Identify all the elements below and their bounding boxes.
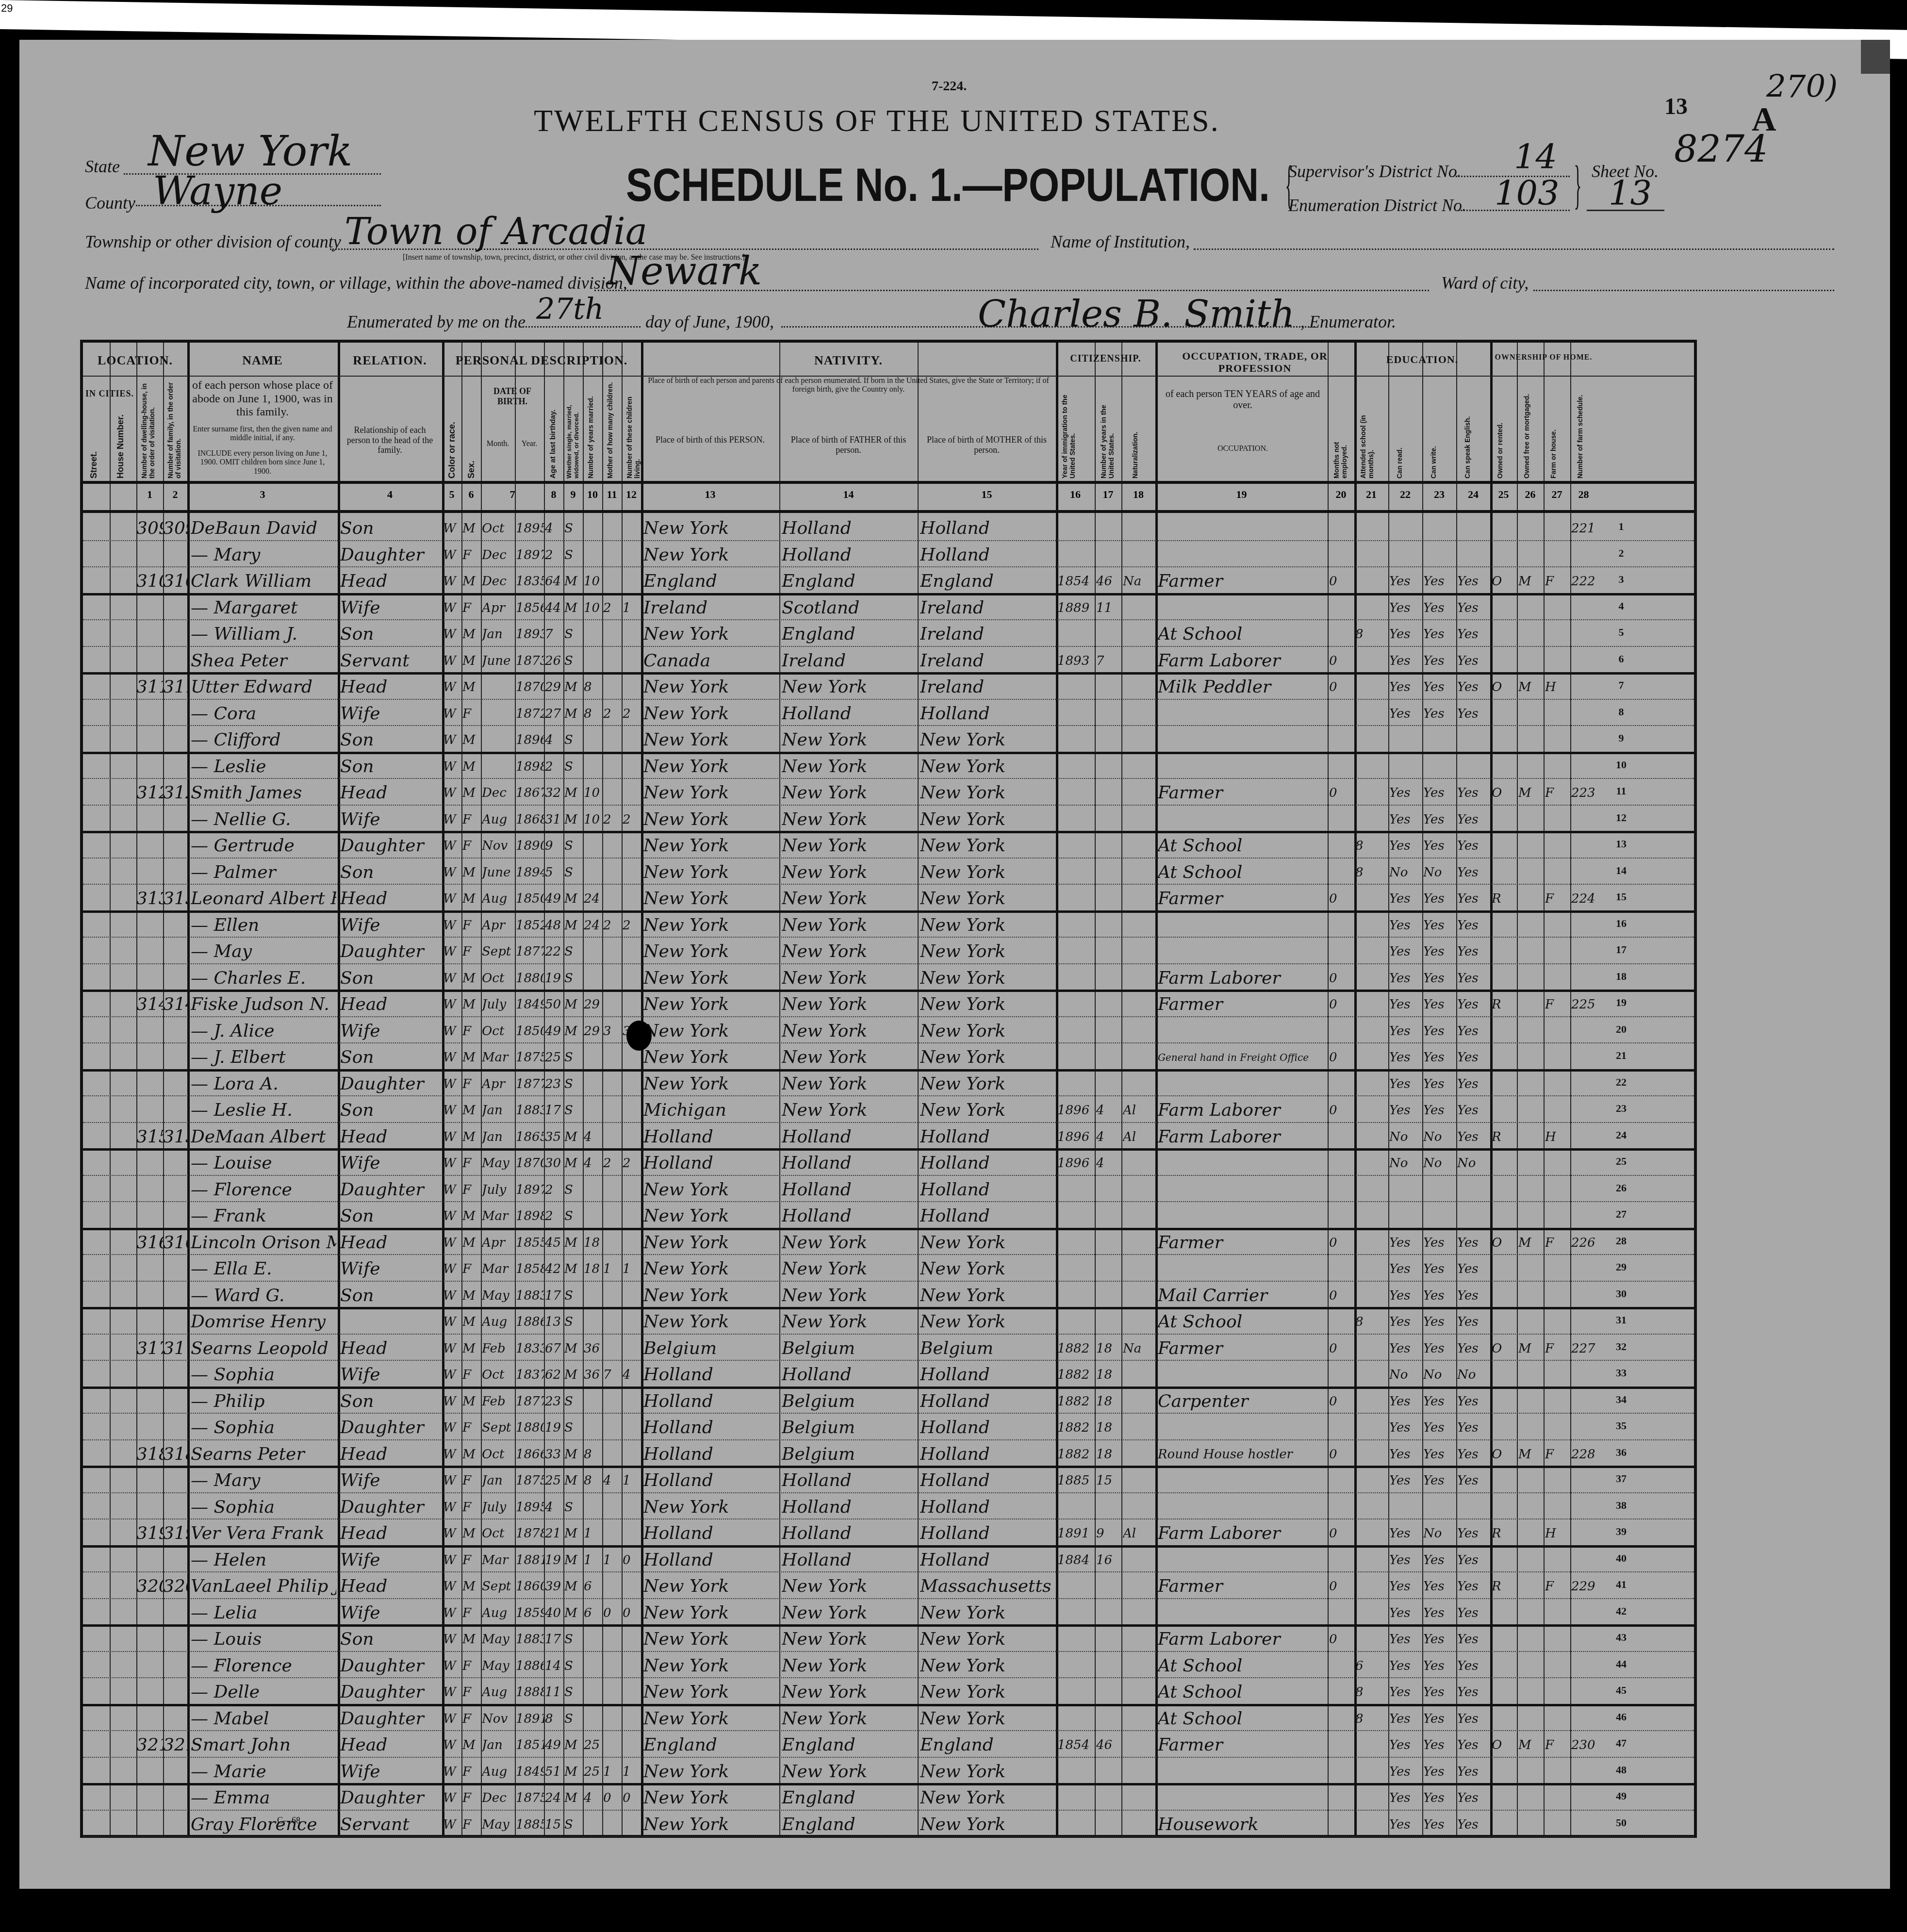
years-married: [584, 515, 602, 540]
children-living: [623, 1309, 641, 1333]
farm-schedule: [1571, 965, 1596, 990]
relation: Head: [340, 1732, 441, 1756]
can-write: Yes: [1423, 1706, 1455, 1730]
column-number: 21: [1354, 488, 1388, 501]
immigration-year: [1057, 833, 1094, 857]
naturalization: [1123, 1679, 1154, 1703]
birthplace-father: New York: [782, 1573, 917, 1598]
person-name: VanLaeel Philip Jr.: [191, 1573, 336, 1598]
age: 33: [545, 1441, 563, 1466]
farm-schedule: [1571, 727, 1596, 751]
occupation: Farmer: [1158, 886, 1327, 910]
immigration-year: [1057, 515, 1094, 540]
years-in-us: [1096, 1600, 1120, 1624]
table-row: — MaryWifeWFJan187525M841HollandHollandH…: [83, 1466, 1694, 1493]
years-married: [584, 1203, 602, 1227]
birthplace-mother: New York: [920, 1018, 1055, 1042]
naturalization: Al: [1123, 1097, 1154, 1122]
attended-school: [1355, 1362, 1387, 1386]
can-write: No: [1423, 1362, 1455, 1386]
table-row: 316316Lincoln Orison M.HeadWMApr185545M1…: [83, 1228, 1694, 1255]
census-sheet: 7-224. TWELFTH CENSUS OF THE UNITED STAT…: [19, 40, 1890, 1889]
sex: F: [462, 1494, 481, 1519]
city-label: Name of incorporated city, town, or vill…: [85, 273, 627, 293]
naturalization: [1123, 1573, 1154, 1598]
can-write: [1423, 1203, 1455, 1227]
color: W: [443, 1415, 461, 1439]
district-brace-right: }: [1574, 154, 1581, 215]
can-write: Yes: [1423, 1097, 1455, 1122]
mother-of-children: [603, 939, 622, 963]
age: 40: [545, 1600, 563, 1624]
can-speak-english: Yes: [1457, 621, 1489, 645]
color: W: [443, 1520, 461, 1545]
relation: Son: [340, 965, 441, 990]
can-speak-english: Yes: [1457, 568, 1489, 593]
dwelling-number: [136, 1071, 163, 1095]
dwelling-number: 314: [136, 991, 163, 1016]
immigration-year: 1882: [1057, 1415, 1094, 1439]
color: W: [443, 1256, 461, 1280]
relation: Wife: [340, 1256, 441, 1280]
years-married: 29: [584, 991, 602, 1016]
person-name: Shea Peter: [191, 648, 336, 672]
marital-status: M: [564, 1547, 583, 1571]
birth-year: 1867: [516, 780, 544, 804]
birth-month: Oct: [482, 1520, 515, 1545]
months-unemployed: [1329, 1706, 1353, 1730]
birthplace-father: Ireland: [782, 648, 917, 672]
color: W: [443, 674, 461, 698]
column-number: 28: [1570, 488, 1597, 501]
color: W: [443, 939, 461, 963]
color: W: [443, 886, 461, 910]
naturalization: [1123, 1626, 1154, 1651]
person-name: — Ward G.: [191, 1283, 336, 1307]
column-number: 13: [641, 488, 779, 501]
farm-house: [1545, 1018, 1569, 1042]
column-number: 12: [622, 488, 641, 501]
birthplace-father: New York: [782, 939, 917, 963]
immigration-year: [1057, 701, 1094, 725]
occupation: At School: [1158, 1653, 1327, 1677]
can-speak-english: Yes: [1457, 1336, 1489, 1360]
attended-school: [1355, 1759, 1387, 1783]
immigration-year: [1057, 1203, 1094, 1227]
dwelling-number: [136, 1388, 163, 1413]
table-row: — Leslie H.SonWMJan188317SMichiganNew Yo…: [83, 1095, 1694, 1123]
immigration-year: 1885: [1057, 1468, 1094, 1492]
months-unemployed: [1329, 515, 1353, 540]
relation: Son: [340, 1097, 441, 1122]
age: 11: [545, 1679, 563, 1703]
family-number: [163, 1626, 187, 1651]
years-married: [584, 1626, 602, 1651]
line-number: 31: [1611, 1314, 1631, 1326]
can-speak-english: Yes: [1457, 595, 1489, 619]
birth-month: Nov: [482, 1706, 515, 1730]
immigration-year: 1854: [1057, 1732, 1094, 1756]
naturalization: [1123, 754, 1154, 778]
farm-house: [1545, 1785, 1569, 1809]
marital-status: M: [564, 1018, 583, 1042]
line-number: 19: [1611, 996, 1631, 1009]
attended-school: [1355, 912, 1387, 937]
marital-status: S: [564, 621, 583, 645]
owned-rented: [1492, 595, 1516, 619]
occupation: [1158, 1759, 1327, 1783]
color: W: [443, 1600, 461, 1624]
dwelling-number: 315: [136, 1124, 163, 1148]
table-row: 310310Clark WilliamHeadWMDec183564M10Eng…: [83, 566, 1694, 595]
farm-house: [1545, 1679, 1569, 1703]
years-married: 4: [584, 1785, 602, 1809]
age: 22: [545, 939, 563, 963]
header-house-number: House Number.: [115, 401, 126, 479]
line-number: 42: [1611, 1605, 1631, 1618]
years-married: 1: [584, 1520, 602, 1545]
header-sex: Sex.: [466, 401, 477, 479]
farm-schedule: 223: [1571, 780, 1596, 804]
years-married: 10: [584, 780, 602, 804]
years-married: [584, 1494, 602, 1519]
immigration-year: [1057, 965, 1094, 990]
farm-schedule: 227: [1571, 1336, 1596, 1360]
enumeration-district-value: 103: [1495, 173, 1560, 213]
birth-year: 1898: [516, 1203, 544, 1227]
can-speak-english: [1457, 515, 1489, 540]
can-write: Yes: [1423, 1679, 1455, 1703]
dwelling-number: 311: [136, 674, 163, 698]
immigration-year: 1882: [1057, 1336, 1094, 1360]
birth-year: 1886: [516, 1309, 544, 1333]
owned-free: [1518, 621, 1543, 645]
naturalization: [1123, 1415, 1154, 1439]
can-read: Yes: [1389, 621, 1421, 645]
months-unemployed: [1329, 1679, 1353, 1703]
years-married: [584, 1679, 602, 1703]
mother-of-children: 2: [603, 701, 622, 725]
farm-house: F: [1545, 780, 1569, 804]
years-in-us: [1096, 939, 1120, 963]
marital-status: M: [564, 1520, 583, 1545]
mother-of-children: [603, 1044, 622, 1069]
occupation: Farmer: [1158, 780, 1327, 804]
owned-free: [1518, 1468, 1543, 1492]
can-read: Yes: [1389, 674, 1421, 698]
color: W: [443, 1230, 461, 1254]
years-married: 10: [584, 568, 602, 593]
color: W: [443, 1468, 461, 1492]
birthplace-father: New York: [782, 1097, 917, 1122]
line-number: 22: [1611, 1076, 1631, 1089]
state-label: State: [85, 156, 120, 177]
age: 32: [545, 780, 563, 804]
owned-rented: R: [1492, 1124, 1516, 1148]
color: W: [443, 1785, 461, 1809]
farm-house: [1545, 1468, 1569, 1492]
marital-status: M: [564, 1150, 583, 1174]
can-read: Yes: [1389, 912, 1421, 937]
person-name: — J. Elbert: [191, 1044, 336, 1069]
sex: F: [462, 1018, 481, 1042]
header-naturalization: Naturalization.: [1131, 386, 1139, 479]
table-row: — LeliaWifeWFAug185940M600New YorkNew Yo…: [83, 1598, 1694, 1627]
birthplace-mother: Holland: [920, 1520, 1055, 1545]
immigration-year: 1896: [1057, 1124, 1094, 1148]
line-number: 33: [1611, 1367, 1631, 1379]
line-number: 9: [1611, 732, 1631, 744]
attended-school: 8: [1355, 859, 1387, 884]
months-unemployed: 0: [1329, 1230, 1353, 1254]
sex: F: [462, 542, 481, 566]
owned-free: [1518, 727, 1543, 751]
mother-of-children: 2: [603, 912, 622, 937]
years-married: [584, 621, 602, 645]
farm-house: [1545, 1097, 1569, 1122]
person-name: — Louise: [191, 1150, 336, 1174]
table-row: 321321Smart JohnHeadWMJan185149M25Englan…: [83, 1730, 1694, 1758]
person-name: Leonard Albert H.: [191, 886, 336, 910]
farm-house: [1545, 648, 1569, 672]
family-number: 318: [163, 1441, 187, 1466]
dwelling-number: [136, 1626, 163, 1651]
birthplace-father: Belgium: [782, 1336, 917, 1360]
years-married: [584, 727, 602, 751]
years-in-us: 7: [1096, 648, 1120, 672]
header-birth-person: Place of birth of this PERSON.: [643, 435, 777, 445]
person-name: DeMaan Albert: [191, 1124, 336, 1148]
farm-schedule: [1571, 1785, 1596, 1809]
months-unemployed: 0: [1329, 1388, 1353, 1413]
family-number: [163, 727, 187, 751]
owned-rented: [1492, 1626, 1516, 1651]
dwelling-number: [136, 1415, 163, 1439]
occupation: [1158, 1547, 1327, 1571]
naturalization: [1123, 595, 1154, 619]
birth-year: 1893: [516, 621, 544, 645]
name-note-1: Enter surname first, then the given name…: [192, 425, 333, 443]
age: 21: [545, 1520, 563, 1545]
children-living: [623, 1177, 641, 1201]
children-living: [623, 1441, 641, 1466]
marital-status: S: [564, 1415, 583, 1439]
family-number: [163, 807, 187, 831]
birth-month: Aug: [482, 1759, 515, 1783]
birthplace-father: New York: [782, 833, 917, 857]
naturalization: [1123, 833, 1154, 857]
occupation: Farmer: [1158, 1230, 1327, 1254]
birthplace-father: Holland: [782, 1150, 917, 1174]
name-description: of each person whose place of abode on J…: [192, 379, 333, 419]
immigration-year: [1057, 1759, 1094, 1783]
years-in-us: [1096, 886, 1120, 910]
birth-month: May: [482, 1626, 515, 1651]
months-unemployed: [1329, 1732, 1353, 1756]
birth-year: 1860: [516, 1573, 544, 1598]
owned-free: [1518, 1309, 1543, 1333]
years-in-us: [1096, 1044, 1120, 1069]
table-row: — J. AliceWifeWFOct185049M2933New YorkNe…: [83, 1016, 1694, 1044]
relation: Wife: [340, 1468, 441, 1492]
header-can-read: Can read.: [1396, 386, 1403, 479]
color: W: [443, 1150, 461, 1174]
birth-year: 1883: [516, 1097, 544, 1122]
immigration-year: [1057, 674, 1094, 698]
children-living: [623, 1494, 641, 1519]
years-in-us: [1096, 1706, 1120, 1730]
birthplace-person: New York: [643, 674, 778, 698]
children-living: [623, 648, 641, 672]
birthplace-father: New York: [782, 1309, 917, 1333]
farm-house: [1545, 965, 1569, 990]
years-in-us: [1096, 1494, 1120, 1519]
years-married: 29: [584, 1018, 602, 1042]
naturalization: [1123, 886, 1154, 910]
birth-month: July: [482, 991, 515, 1016]
can-speak-english: Yes: [1457, 1388, 1489, 1413]
can-read: Yes: [1389, 1547, 1421, 1571]
years-married: 6: [584, 1573, 602, 1598]
mother-of-children: [603, 568, 622, 593]
occupation: Milk Peddler: [1158, 674, 1327, 698]
immigration-year: [1057, 939, 1094, 963]
dwelling-number: [136, 701, 163, 725]
dwelling-number: 319: [136, 1520, 163, 1545]
immigration-year: [1057, 859, 1094, 884]
immigration-year: [1057, 1177, 1094, 1201]
header-attended-school: Attended school (in months).: [1359, 386, 1375, 479]
birthplace-father: Holland: [782, 1203, 917, 1227]
color: W: [443, 1626, 461, 1651]
years-in-us: [1096, 1309, 1120, 1333]
owned-rented: [1492, 833, 1516, 857]
can-read: Yes: [1389, 991, 1421, 1016]
farm-house: [1545, 859, 1569, 884]
owned-free: [1518, 1600, 1543, 1624]
occupation: [1158, 701, 1327, 725]
table-row: 313313Leonard Albert H.HeadWMAug185049M2…: [83, 884, 1694, 913]
owned-rented: [1492, 1706, 1516, 1730]
owned-free: M: [1518, 1441, 1543, 1466]
relation: Head: [340, 991, 441, 1016]
marital-status: S: [564, 1706, 583, 1730]
birth-month: Aug: [482, 807, 515, 831]
column-number: 17: [1095, 488, 1121, 501]
years-married: [584, 1812, 602, 1836]
header-age: Age at last birthday.: [549, 379, 557, 479]
age: 2: [545, 542, 563, 566]
children-living: [623, 1283, 641, 1307]
attended-school: [1355, 1256, 1387, 1280]
owned-free: [1518, 1283, 1543, 1307]
person-name: — J. Alice: [191, 1018, 336, 1042]
relation: Son: [340, 621, 441, 645]
line-number: 28: [1611, 1235, 1631, 1247]
birthplace-father: England: [782, 1732, 917, 1756]
farm-house: F: [1545, 1732, 1569, 1756]
birthplace-person: Holland: [643, 1124, 778, 1148]
color: W: [443, 1679, 461, 1703]
mother-of-children: [603, 542, 622, 566]
owned-rented: R: [1492, 1520, 1516, 1545]
immigration-year: [1057, 780, 1094, 804]
birthplace-mother: Holland: [920, 1494, 1055, 1519]
months-unemployed: 0: [1329, 965, 1353, 990]
children-living: 2: [623, 1150, 641, 1174]
months-unemployed: [1329, 1256, 1353, 1280]
immigration-year: 1889: [1057, 595, 1094, 619]
farm-schedule: [1571, 1706, 1596, 1730]
years-in-us: [1096, 1653, 1120, 1677]
birth-year: 1898: [516, 754, 544, 778]
children-living: [623, 1071, 641, 1095]
sex: M: [462, 1520, 481, 1545]
relation: Daughter: [340, 1415, 441, 1439]
farm-schedule: [1571, 595, 1596, 619]
birth-month: Aug: [482, 1679, 515, 1703]
years-married: 8: [584, 701, 602, 725]
birth-month: Feb: [482, 1336, 515, 1360]
person-name: Smart John: [191, 1732, 336, 1756]
column-number: 7: [481, 488, 544, 501]
mother-of-children: [603, 1732, 622, 1756]
birthplace-father: Holland: [782, 1547, 917, 1571]
birthplace-mother: New York: [920, 1071, 1055, 1095]
sheet-stamp-handwritten: 270): [1766, 69, 1838, 105]
table-row: — William J.SonWMJan18937SNew YorkEnglan…: [83, 619, 1694, 647]
mother-of-children: 2: [603, 1150, 622, 1174]
children-living: [623, 780, 641, 804]
birth-year: 1885: [516, 1812, 544, 1836]
table-row: — PalmerSonWMJune18945SNew YorkNew YorkN…: [83, 858, 1694, 885]
can-write: Yes: [1423, 1759, 1455, 1783]
can-read: [1389, 1203, 1421, 1227]
occupation: At School: [1158, 1309, 1327, 1333]
occupation: [1158, 1362, 1327, 1386]
age: 19: [545, 1547, 563, 1571]
column-number: 4: [338, 488, 442, 501]
mother-of-children: [603, 780, 622, 804]
sex: M: [462, 780, 481, 804]
family-number: [163, 1679, 187, 1703]
family-number: [163, 1600, 187, 1624]
column-number: 5: [442, 488, 461, 501]
age: 50: [545, 991, 563, 1016]
person-name: — Clifford: [191, 727, 336, 751]
header-owned-rented: Owned or rented.: [1496, 386, 1504, 479]
attended-school: [1355, 1520, 1387, 1545]
owned-free: [1518, 859, 1543, 884]
table-row: — CliffordSonWM18964SNew YorkNew YorkNew…: [83, 725, 1694, 754]
table-row: 314314Fiske Judson N.HeadWMJuly184950M29…: [83, 990, 1694, 1017]
person-name: Ver Vera Frank: [191, 1520, 336, 1545]
can-write: No: [1423, 859, 1455, 884]
owned-free: [1518, 1415, 1543, 1439]
birthplace-father: New York: [782, 1044, 917, 1069]
owned-rented: [1492, 1071, 1516, 1095]
birth-year: 1875: [516, 1785, 544, 1809]
birth-year: 1883: [516, 1626, 544, 1651]
color: W: [443, 542, 461, 566]
sex: F: [462, 939, 481, 963]
naturalization: [1123, 1256, 1154, 1280]
family-number: [163, 912, 187, 937]
page-corner-tab: [1861, 40, 1890, 74]
marital-status: M: [564, 1600, 583, 1624]
header-street: Street.: [89, 401, 99, 479]
can-write: Yes: [1423, 1626, 1455, 1651]
